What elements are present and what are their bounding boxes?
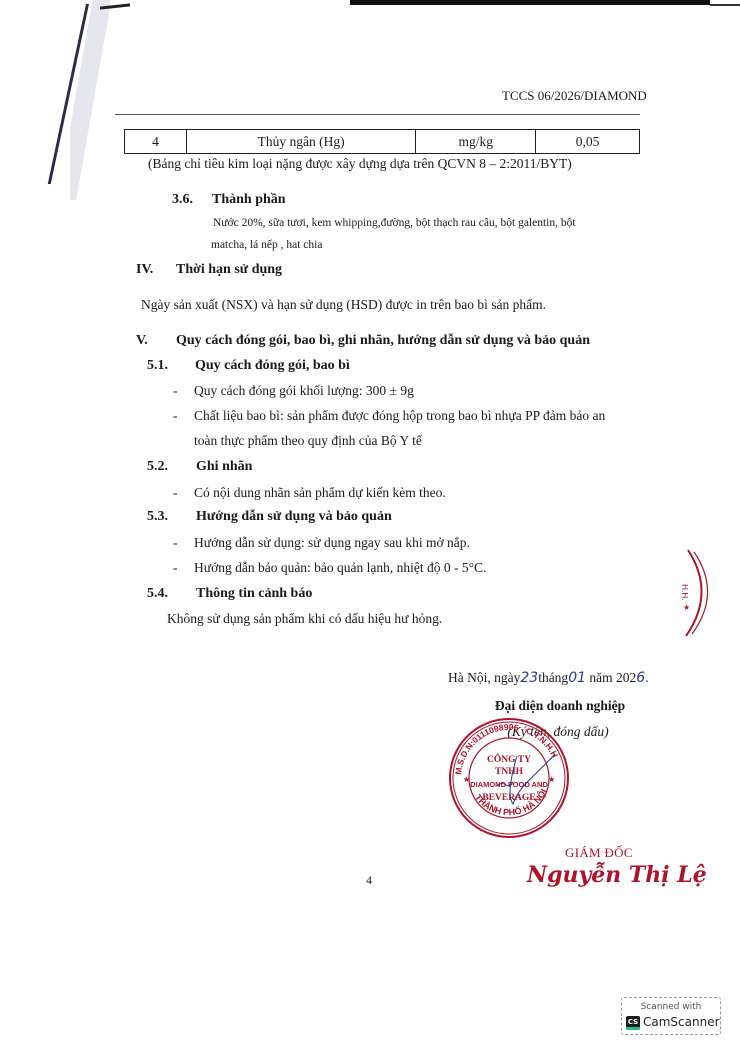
watermark-brand: CamScanner	[643, 1015, 720, 1029]
section-title: Thời hạn sử dụng	[176, 262, 282, 277]
shelf-life-text: Ngày sản xuất (NSX) và hạn sử dụng (HSD)…	[141, 297, 546, 313]
representative-label: Đại diện doanh nghiệp	[470, 698, 650, 714]
section-heading-5-2: 5.2.Ghi nhãn	[147, 459, 252, 475]
date-year-label: năm 202	[589, 670, 636, 685]
bullet-dash: -	[173, 408, 178, 424]
stamp-line-2: TNHH	[495, 767, 524, 777]
section-number: IV.	[136, 262, 176, 278]
stamp-line-1: CÔNG TY	[487, 752, 531, 765]
date-month-label: tháng	[538, 670, 568, 685]
list-item-text: Hướng dẫn bảo quản: bảo quản lạnh, nhiệt…	[194, 560, 486, 576]
section-title: Thành phần	[212, 192, 286, 207]
bullet-dash: -	[173, 560, 178, 576]
table-row: 4 Thủy ngân (Hg) mg/kg 0,05	[125, 130, 640, 154]
stamp-line-4: BEVERAGE	[482, 793, 535, 803]
company-stamp: M.S.D.N:0111098906 - C.T.N.H.H THÀNH PHỐ…	[447, 716, 571, 840]
stamp-line-3: DIAMOND FOOD AND	[470, 780, 548, 789]
date-prefix: Hà Nội, ngày	[448, 670, 520, 685]
section-heading-5-3: 5.3.Hướng dẫn sử dụng và bảo quản	[147, 509, 392, 525]
signer-title: GIÁM ĐỐC	[565, 845, 633, 861]
bullet-dash: -	[173, 535, 178, 551]
camscanner-watermark: Scanned with CS CamScanner	[621, 997, 721, 1035]
section-title: Quy cách đóng gói, bao bì	[195, 358, 350, 373]
date-month: 01	[568, 670, 586, 686]
list-item-continuation: toàn thực phẩm theo quy định của Bộ Y tế	[194, 433, 422, 449]
section-title: Thông tin cảnh báo	[196, 586, 312, 601]
page-number: 4	[366, 873, 372, 888]
section-title: Ghi nhãn	[196, 459, 252, 474]
table-caption: (Bảng chỉ tiêu kim loại nặng được xây dự…	[148, 156, 572, 172]
section-title: Hướng dẫn sử dụng và bảo quản	[196, 509, 392, 524]
section-heading-5-1: 5.1.Quy cách đóng gói, bao bì	[147, 358, 350, 374]
list-item-text: Quy cách đóng gói khối lượng: 300 ± 9g	[194, 383, 414, 399]
date-year-digit: 6	[636, 670, 645, 686]
watermark-caption: Scanned with	[622, 1002, 720, 1012]
table-cell-limit: 0,05	[536, 130, 640, 154]
section-number: 5.2.	[147, 459, 196, 475]
list-item-text: Có nội dung nhãn sản phẩm dự kiến kèm th…	[194, 485, 446, 501]
svg-text:H.H.: H.H.	[680, 584, 689, 601]
bullet-dash: -	[173, 485, 178, 501]
table-cell-no: 4	[125, 130, 187, 154]
section-number: 3.6.	[172, 192, 212, 208]
svg-text:★: ★	[548, 775, 555, 784]
table-cell-item: Thủy ngân (Hg)	[186, 130, 415, 154]
section-number: 5.4.	[147, 586, 196, 602]
section-title: Quy cách đóng gói, bao bì, ghi nhãn, hướ…	[176, 333, 590, 348]
header-divider	[115, 114, 640, 115]
warning-text: Không sử dụng sản phẩm khi có dấu hiệu h…	[167, 611, 442, 627]
heavy-metal-table: 4 Thủy ngân (Hg) mg/kg 0,05	[124, 129, 640, 154]
section-heading-3-6: 3.6.Thành phần	[172, 192, 286, 208]
section-heading-IV: IV.Thời hạn sử dụng	[136, 262, 282, 278]
section-number: 5.1.	[147, 358, 195, 374]
list-item-text: Chất liệu bao bì: sản phẩm được đóng hộp…	[194, 408, 605, 424]
document-code: TCCS 06/2026/DIAMOND	[502, 88, 647, 104]
table-cell-unit: mg/kg	[416, 130, 536, 154]
bullet-dash: -	[173, 383, 178, 399]
partial-stamp-mark: H.H. ★	[676, 548, 716, 638]
ingredients-line: Nước 20%, sữa tươi, kem whipping,đường, …	[213, 217, 576, 229]
section-number: V.	[136, 333, 176, 349]
camscanner-logo-icon: CS	[626, 1016, 640, 1030]
signer-name: Nguyễn Thị Lệ	[527, 862, 707, 888]
list-item-text: Hướng dẫn sử dụng: sử dụng ngay sau khi …	[194, 535, 470, 551]
signing-date: Hà Nội, ngày23tháng01 năm 2026.	[448, 670, 668, 686]
section-heading-V: V.Quy cách đóng gói, bao bì, ghi nhãn, h…	[136, 333, 590, 349]
svg-text:★: ★	[463, 775, 470, 784]
scan-edge-shadow	[350, 0, 710, 5]
scan-edge-shadow	[710, 4, 740, 6]
svg-text:★: ★	[683, 603, 690, 612]
date-day: 23	[520, 670, 538, 686]
section-number: 5.3.	[147, 509, 196, 525]
ingredients-line: matcha, lá nếp , hat chia	[211, 239, 322, 251]
date-suffix: .	[645, 670, 648, 685]
section-heading-5-4: 5.4.Thông tin cảnh báo	[147, 586, 312, 602]
page-fold-shadow	[70, 0, 110, 200]
